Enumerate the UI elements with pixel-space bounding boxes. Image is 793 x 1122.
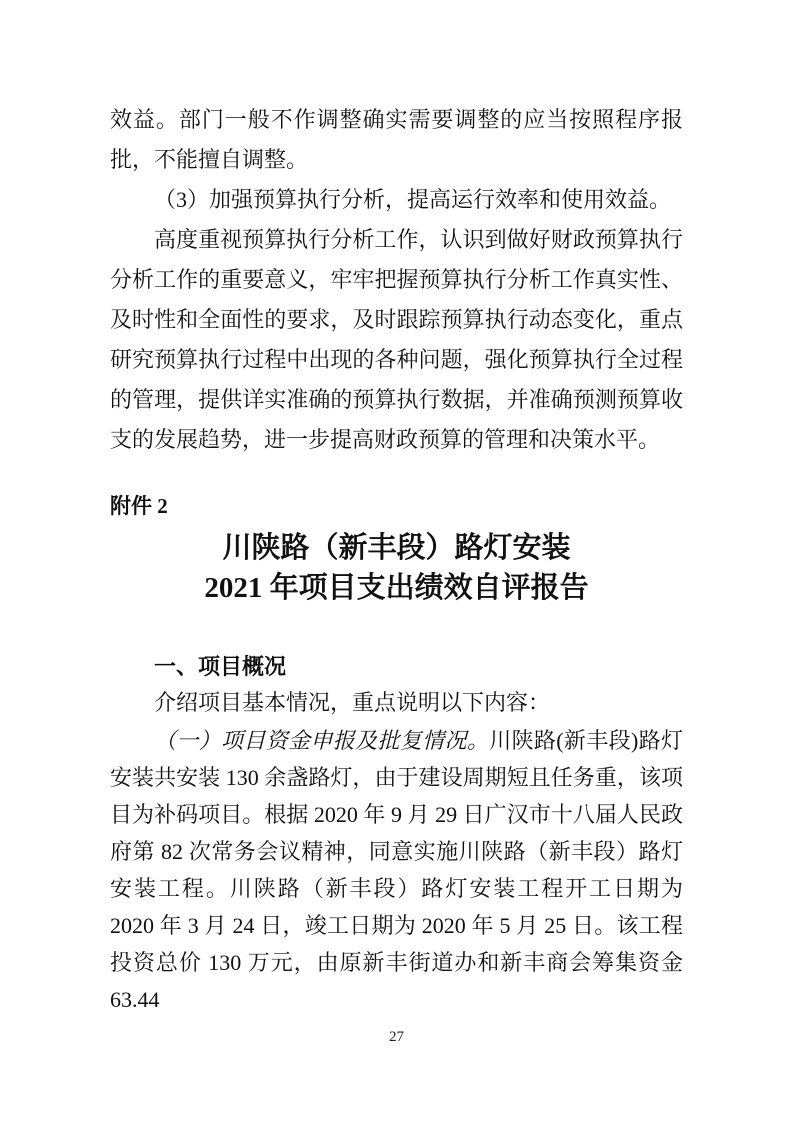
item1-body-text: 川陕路(新丰段)路灯安装共安装 130 余盏路灯，由于建设周期短且任务重，该项目… — [110, 728, 683, 1012]
paragraph-item1: （一）项目资金申报及批复情况。川陕路(新丰段)路灯安装共安装 130 余盏路灯，… — [110, 722, 683, 1018]
section-heading-project-overview: 一、项目概况 — [110, 650, 683, 684]
paragraph-analysis: 高度重视预算执行分析工作，认识到做好财政预算执行分析工作的重要意义，牢牢把握预算… — [110, 220, 683, 460]
page-number: 27 — [110, 1027, 683, 1047]
report-title: 川陕路（新丰段）路灯安装 2021 年项目支出绩效自评报告 — [110, 528, 683, 608]
attachment-label: 附件 2 — [110, 492, 683, 520]
report-title-line2: 2021 年项目支出绩效自评报告 — [110, 568, 683, 608]
page-content: 效益。部门一般不作调整确实需要调整的应当按照程序报批，不能擅自调整。 （3）加强… — [110, 100, 683, 1047]
paragraph-continuation: 效益。部门一般不作调整确实需要调整的应当按照程序报批，不能擅自调整。 — [110, 100, 683, 180]
paragraph-item3: （3）加强预算执行分析，提高运行效率和使用效益。 — [110, 180, 683, 220]
report-title-line1: 川陕路（新丰段）路灯安装 — [110, 528, 683, 568]
paragraph-intro: 介绍项目基本情况，重点说明以下内容： — [110, 684, 683, 722]
document-page: 效益。部门一般不作调整确实需要调整的应当按照程序报批，不能擅自调整。 （3）加强… — [0, 0, 793, 1122]
item1-lead-text: （一）项目资金申报及批复情况。 — [154, 728, 489, 753]
